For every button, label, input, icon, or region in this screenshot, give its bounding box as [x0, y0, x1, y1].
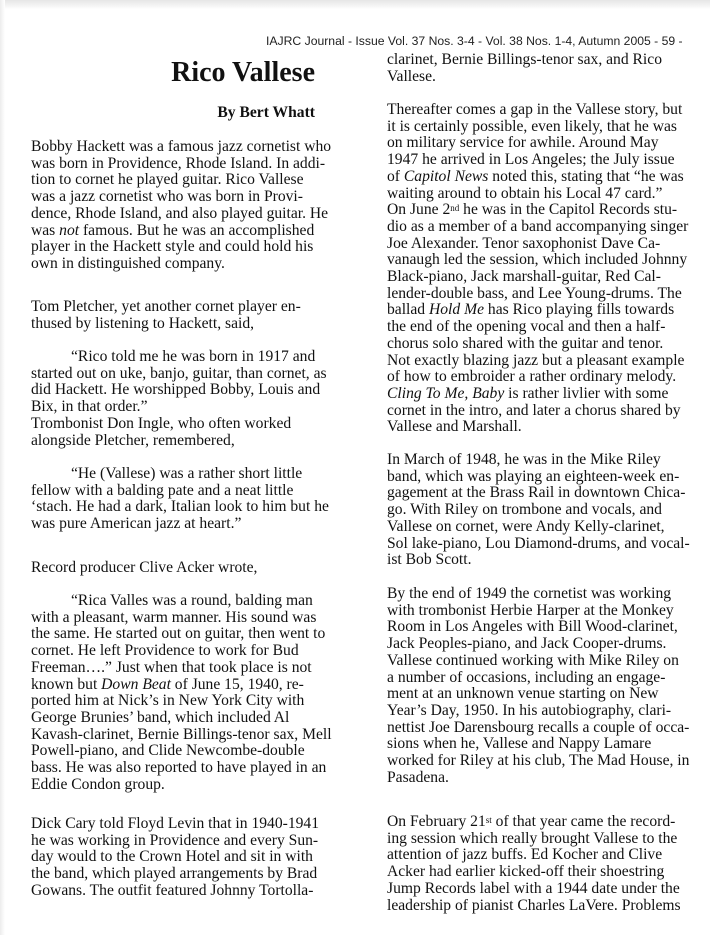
- paragraph-ingle-intro: Trombonist Don Ingle, who often worked a…: [31, 416, 291, 449]
- song-title: Hold Me: [429, 301, 484, 318]
- song-title: Cling To Me, Baby: [387, 385, 504, 402]
- publication-title: Capitol News: [404, 168, 488, 185]
- publication-title: Down Beat: [101, 676, 171, 693]
- running-header: IAJRC Journal - Issue Vol. 37 Nos. 3-4 -…: [266, 34, 683, 48]
- paragraph-pletcher-intro: Tom Pletcher, yet another cornet player …: [31, 299, 301, 332]
- paragraph-continued: clarinet, Bernie Billings-tenor sax, and…: [387, 52, 662, 85]
- quote-acker: “Rica Valles was a round, balding man wi…: [31, 593, 332, 793]
- paragraph-cary: Dick Cary told Floyd Levin that in 1940-…: [31, 816, 319, 900]
- quote-pletcher: “Rico told me he was born in 1917 and st…: [31, 349, 327, 416]
- article-byline: By Bert Whatt: [31, 104, 315, 122]
- article-title: Rico Vallese: [31, 56, 315, 90]
- scan-left-edge: [0, 0, 5, 935]
- paragraph-feb-1950: On February 21st of that year came the r…: [387, 814, 681, 914]
- emphasis: not: [59, 222, 79, 239]
- paragraph-capitol: Thereafter comes a gap in the Vallese st…: [387, 102, 688, 436]
- scan-top-edge: [0, 0, 710, 9]
- paragraph-1949: By the end of 1949 the cornetist was wor…: [387, 586, 689, 786]
- paragraph-acker-intro: Record producer Clive Acker wrote,: [31, 560, 257, 577]
- paragraph-riley-1948: In March of 1948, he was in the Mike Ril…: [387, 452, 690, 569]
- quote-ingle: “He (Vallese) was a rather short little …: [31, 466, 329, 533]
- paragraph-intro: Bobby Hackett was a famous jazz cornetis…: [31, 139, 331, 273]
